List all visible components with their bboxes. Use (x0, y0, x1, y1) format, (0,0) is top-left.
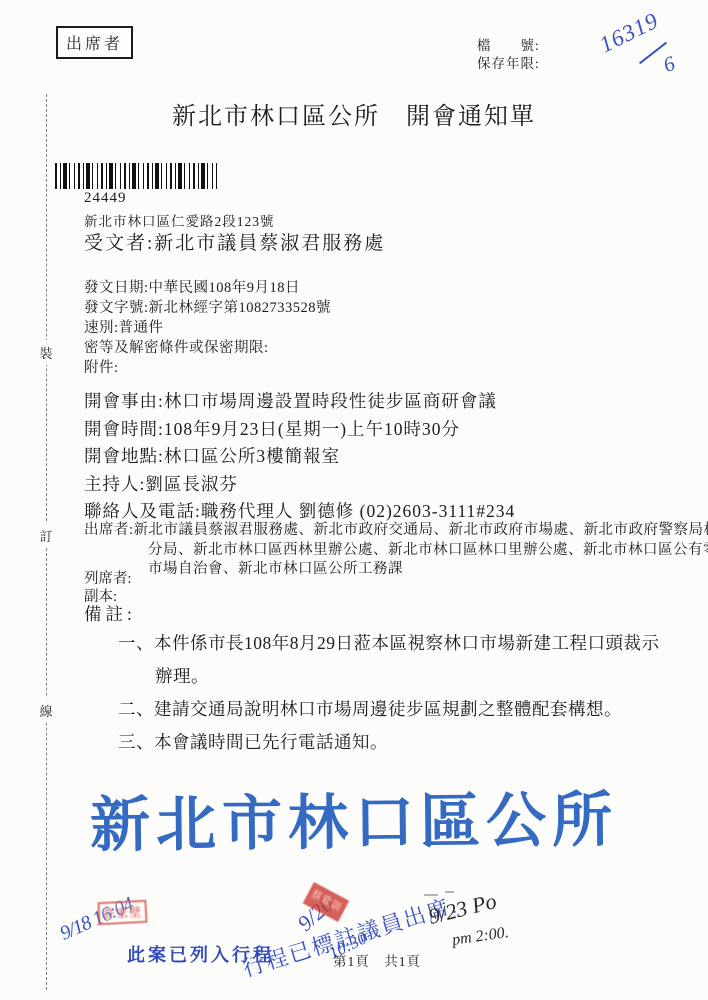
attachment-line: 附件: (84, 358, 331, 378)
speed-class-line: 速別:普通件 (84, 318, 331, 338)
document-meta-block: 發文日期:中華民國108年9月18日 發文字號:新北林經字第1082733528… (84, 278, 331, 378)
document-title: 新北市林口區公所 開會通知單 (0, 96, 708, 131)
agency-name-stamp: 新北市林口區公所 (90, 772, 619, 864)
handwritten-time-pm2: pm 2:00. (451, 924, 510, 950)
remarks-list: 一、本件係市長108年8月29日蒞本區視察林口市場新建工程口頭裁示辦理。 二、建… (118, 627, 670, 759)
binding-mark-ding: 訂 (38, 523, 54, 548)
remark-item-2: 二、建請交通局說明林口市場周邊徒步區規劃之整體配套構想。 (118, 693, 670, 726)
page-number-footer: 第1頁 共1頁 (333, 950, 421, 970)
handwritten-file-number-suffix: 6 (660, 51, 678, 78)
pencil-mark (445, 891, 454, 893)
recipient-line: 受文者:新北市議員蔡淑君服務處 (84, 228, 385, 255)
scanned-meeting-notice: 裝 訂 線 出席者 檔 號: 保存年限: 16319 6 新北市林口區公所 開會… (0, 0, 708, 1000)
remark-item-1: 一、本件係市長108年8月29日蒞本區視察林口市場新建工程口頭裁示辦理。 (118, 627, 670, 693)
remarks-label: 備註: (84, 601, 136, 626)
binding-mark-zhuang: 裝 (38, 340, 54, 365)
meeting-subject-line: 開會事由:林口市場周邊設置時段性徒步區商研會議 (84, 388, 515, 416)
meeting-time-line: 開會時間:108年9月23日(星期一)上午10時30分 (84, 416, 515, 444)
attendee-stamp-box: 出席者 (56, 26, 133, 59)
recipient-address: 新北市林口區仁愛路2段123號 (84, 210, 275, 230)
file-number-label: 檔 號: (477, 37, 540, 55)
meeting-chair-line: 主持人:劉區長淑芬 (84, 471, 515, 499)
issue-number-line: 發文字號:新北林經字第1082733528號 (84, 298, 331, 318)
file-number-block: 檔 號: 保存年限: (477, 37, 540, 73)
barcode-number: 24449 (84, 190, 127, 207)
retention-period-label: 保存年限: (477, 55, 540, 73)
attendees-paragraph: 出席者:新北市議員蔡淑君服務處、新北市政府交通局、新北市政府市場處、新北市政府警… (84, 521, 708, 580)
barcode (55, 163, 217, 189)
meeting-place-line: 開會地點:林口區公所3樓簡報室 (84, 443, 515, 471)
binding-mark-xian: 線 (38, 698, 54, 723)
meeting-details-block: 開會事由:林口市場周邊設置時段性徒步區商研會議 開會時間:108年9月23日(星… (84, 388, 515, 526)
issue-date-line: 發文日期:中華民國108年9月18日 (84, 278, 331, 298)
red-name-stamp-left: 許家壁 (97, 900, 147, 926)
security-class-line: 密等及解密條件或保密期限: (84, 338, 331, 358)
remark-item-3: 三、本會議時間已先行電話通知。 (118, 726, 670, 759)
pencil-mark (424, 894, 438, 896)
